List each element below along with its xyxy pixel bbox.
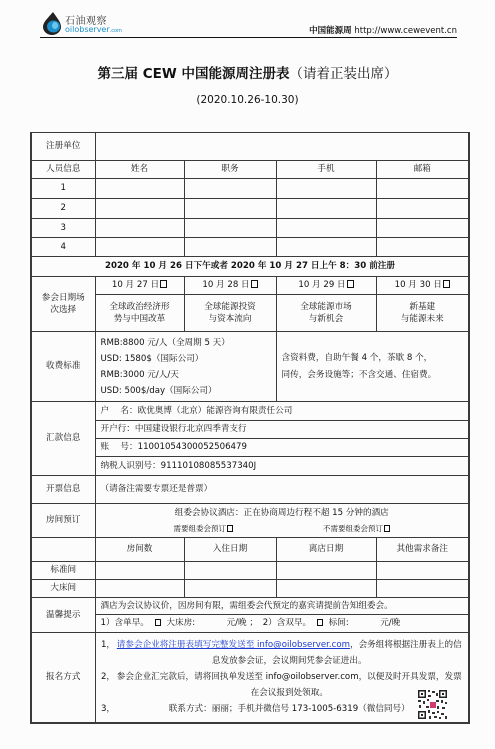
col-room-count: 房间数 bbox=[95, 538, 184, 562]
tips-label: 温馨提示 bbox=[31, 598, 95, 633]
oil-drop-logo-icon bbox=[42, 11, 62, 35]
title-field[interactable] bbox=[184, 219, 276, 238]
email-field[interactable] bbox=[376, 199, 469, 219]
checkbox-icon[interactable] bbox=[227, 525, 233, 532]
notes-field[interactable] bbox=[376, 562, 469, 580]
session-topic: 全球能源市场与新机会 bbox=[276, 295, 376, 332]
phone-field[interactable] bbox=[276, 238, 376, 257]
fee-includes: 含资料费，自助午餐 4 个，茶歇 8 个，同传，会务设施等；不含交通、住宿费。 bbox=[276, 332, 469, 402]
checkbox-icon[interactable] bbox=[347, 280, 354, 288]
invoice-label: 开票信息 bbox=[31, 476, 95, 504]
site-info: 中国能源周 http://www.cewevent.cn bbox=[309, 24, 457, 36]
email-field[interactable] bbox=[376, 219, 469, 238]
registration-unit-label: 注册单位 bbox=[31, 133, 95, 161]
room-type-header bbox=[31, 538, 95, 562]
email-field[interactable] bbox=[376, 238, 469, 257]
col-name: 姓名 bbox=[95, 161, 184, 179]
option-need-booking[interactable]: 需要组委会预订 bbox=[174, 521, 234, 536]
checkbox-icon[interactable] bbox=[155, 619, 161, 626]
page-title: 第三届 CEW 中国能源周注册表（请着正装出席） bbox=[0, 62, 495, 82]
name-field[interactable] bbox=[95, 199, 184, 219]
tax-id: 纳税人识别号：91110108085537340J bbox=[95, 457, 469, 476]
title-field[interactable] bbox=[184, 238, 276, 257]
name-field[interactable] bbox=[95, 179, 184, 199]
row-number: 2 bbox=[31, 199, 95, 219]
logo-en-text: oilobserver.com bbox=[65, 25, 122, 34]
room-count-field[interactable] bbox=[95, 580, 184, 598]
registration-unit-field[interactable] bbox=[95, 133, 469, 161]
row-number: 3 bbox=[31, 219, 95, 238]
col-title: 职务 bbox=[184, 161, 276, 179]
hotel-info: 组委会协议酒店：正在协商周边行程不超 15 分钟的酒店 需要组委会预订 不需要组… bbox=[95, 504, 469, 538]
room-row: 大床间 bbox=[31, 580, 469, 598]
session-day-1030[interactable]: 10 月 30 日 bbox=[376, 277, 469, 295]
checkbox-icon[interactable] bbox=[160, 280, 167, 288]
wechat-qr-code-icon bbox=[417, 689, 448, 720]
tips-note: 酒店为会议协议价，因房间有限，需组委会代预定的嘉宾请提前告知组委会。 bbox=[95, 598, 469, 615]
session-day-1029[interactable]: 10 月 29 日 bbox=[276, 277, 376, 295]
email-link[interactable]: 请参会企业将注册表填写完整发送至 info@oilobserver.com bbox=[117, 640, 350, 650]
personnel-row: 2 bbox=[31, 199, 469, 219]
page-header: 石油观察 oilobserver.com 中国能源周 http://www.ce… bbox=[40, 8, 457, 38]
fee-item: USD: 1580$（国际公司） bbox=[101, 351, 273, 367]
signup-item: 3， 联系方式：丽丽；手机并微信号 173-1005-6319（微信同号） bbox=[100, 701, 465, 717]
title-field[interactable] bbox=[184, 179, 276, 199]
fees-label: 收费标准 bbox=[31, 332, 95, 402]
fee-item: USD: 500$/day（国际公司） bbox=[101, 383, 273, 399]
col-notes: 其他需求备注 bbox=[376, 538, 469, 562]
registration-deadline: 2020 年 10 月 26 日下午或者 2020 年 10 月 27 日上午 … bbox=[31, 257, 469, 277]
col-checkin: 入住日期 bbox=[184, 538, 276, 562]
notes-field[interactable] bbox=[376, 580, 469, 598]
sessions-label: 参会日期场次选择 bbox=[31, 277, 95, 332]
room-count-field[interactable] bbox=[95, 562, 184, 580]
bank-name: 开户行：中国建设银行北京四季青支行 bbox=[95, 421, 469, 439]
session-day-1027[interactable]: 10 月 27 日 bbox=[95, 277, 184, 295]
room-type: 标准间 bbox=[31, 562, 95, 580]
personnel-row: 4 bbox=[31, 238, 469, 257]
personnel-row: 1 bbox=[31, 179, 469, 199]
fee-list: RMB:8800 元/人（全周期 5 天） USD: 1580$（国际公司） R… bbox=[95, 332, 276, 402]
checkout-field[interactable] bbox=[276, 580, 376, 598]
checkbox-icon[interactable] bbox=[384, 525, 390, 532]
phone-field[interactable] bbox=[276, 219, 376, 238]
checkin-field[interactable] bbox=[184, 580, 276, 598]
site-url[interactable]: http://www.cewevent.cn bbox=[354, 26, 457, 36]
room-type: 大床间 bbox=[31, 580, 95, 598]
hotel-note: 组委会协议酒店：正在协商周边行程不超 15 分钟的酒店 bbox=[99, 506, 466, 521]
checkbox-icon[interactable] bbox=[443, 280, 450, 288]
checkin-field[interactable] bbox=[184, 562, 276, 580]
col-email: 邮箱 bbox=[376, 161, 469, 179]
room-row: 标准间 bbox=[31, 562, 469, 580]
title-field[interactable] bbox=[184, 199, 276, 219]
col-checkout: 离店日期 bbox=[276, 538, 376, 562]
signup-item: 1， 请参会企业将注册表填写完整发送至 info@oilobserver.com… bbox=[100, 637, 465, 669]
checkbox-icon[interactable] bbox=[317, 619, 323, 626]
row-number: 1 bbox=[31, 179, 95, 199]
phone-field[interactable] bbox=[276, 199, 376, 219]
account-name: 户 名：欧优奥博（北京）能源咨询有限责任公司 bbox=[95, 402, 469, 421]
registration-form: 注册单位 人员信息 姓名 职务 手机 邮箱 1 2 3 4 2 bbox=[30, 132, 470, 724]
row-number: 4 bbox=[31, 238, 95, 257]
signup-instructions: 1， 请参会企业将注册表填写完整发送至 info@oilobserver.com… bbox=[95, 633, 469, 723]
event-dates: (2020.10.26-10.30) bbox=[0, 94, 495, 106]
col-phone: 手机 bbox=[276, 161, 376, 179]
personnel-label: 人员信息 bbox=[31, 161, 95, 179]
signup-label: 报名方式 bbox=[31, 633, 95, 723]
fee-item: RMB:3000 元/人/天 bbox=[101, 367, 273, 383]
name-field[interactable] bbox=[95, 238, 184, 257]
checkout-field[interactable] bbox=[276, 562, 376, 580]
name-field[interactable] bbox=[95, 219, 184, 238]
invoice-field[interactable]: （请备注需要专票还是普票） bbox=[95, 476, 469, 504]
account-number: 账 号：11001054300052506479 bbox=[95, 439, 469, 457]
session-day-1028[interactable]: 10 月 28 日 bbox=[184, 277, 276, 295]
fee-item: RMB:8800 元/人（全周期 5 天） bbox=[101, 335, 273, 351]
signup-item: 2， 参会企业汇完款后，请将回执单发送至 info@oilobserver.co… bbox=[100, 669, 465, 701]
remittance-label: 汇款信息 bbox=[31, 402, 95, 476]
email-field[interactable] bbox=[376, 179, 469, 199]
site-name: 中国能源周 bbox=[309, 26, 352, 36]
session-topic: 全球能源投资与资本流向 bbox=[184, 295, 276, 332]
breakfast-options: 1）含单早。 大床房: 元/晚 ； 2）含双早。 标间: 元/晚 bbox=[95, 615, 469, 633]
oilobserver-logo: 石油观察 oilobserver.com bbox=[42, 11, 120, 37]
checkbox-icon[interactable] bbox=[251, 280, 258, 288]
room-booking-label: 房间预订 bbox=[31, 504, 95, 538]
phone-field[interactable] bbox=[276, 179, 376, 199]
title-note: （请着正装出席） bbox=[289, 66, 397, 82]
session-topic: 新基建与能源未来 bbox=[376, 295, 469, 332]
session-topic: 全球政治经济形势与中国改革 bbox=[95, 295, 184, 332]
option-no-booking[interactable]: 不需要组委会预订 bbox=[323, 521, 390, 536]
personnel-row: 3 bbox=[31, 219, 469, 238]
